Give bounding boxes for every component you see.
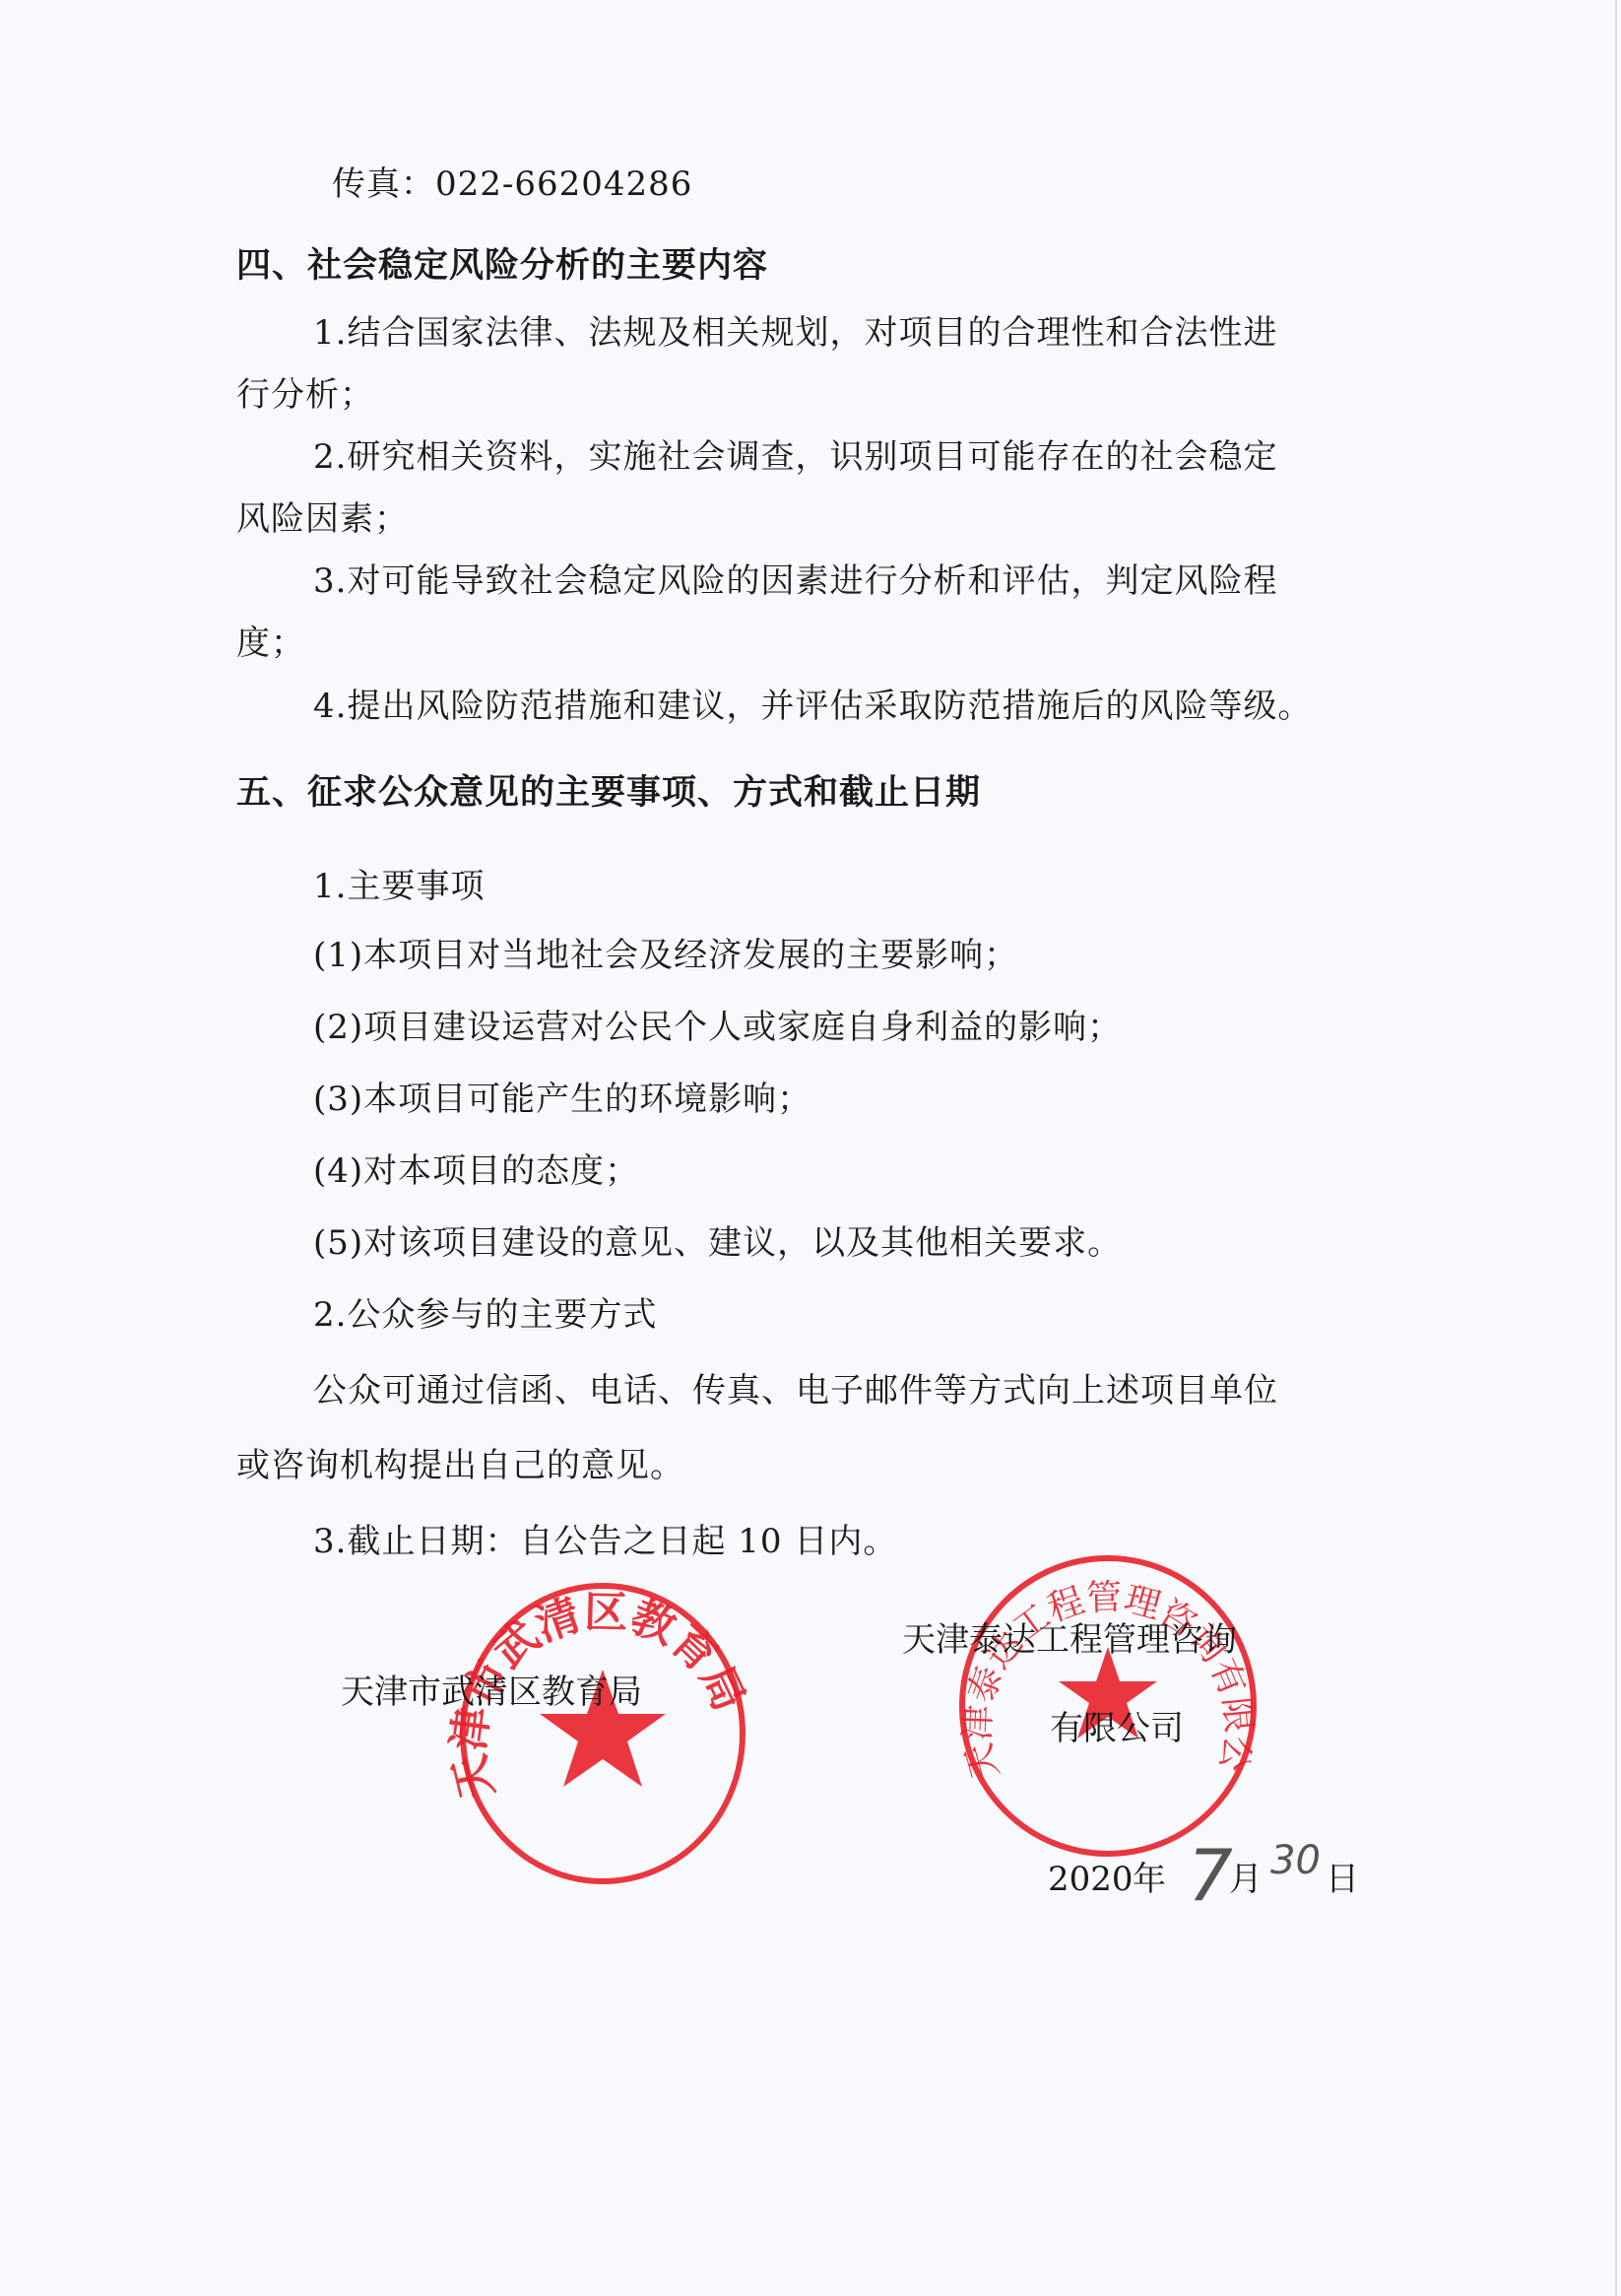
- section-5-sub-1-item-5: (5)对该项目建设的意见、建议，以及其他相关要求。: [313, 1223, 1122, 1263]
- right-official-seal-icon: 天津泰达工程管理咨询有限公司: [950, 1548, 1265, 1864]
- section-5-sub-1-item-3: (3)本项目可能产生的环境影响；: [313, 1080, 811, 1119]
- fax-line: 传真：022-66204286: [332, 164, 692, 204]
- section-4-heading: 四、社会稳定风险分析的主要内容: [236, 245, 768, 287]
- section-5-sub-1-item-4: (4)对本项目的态度；: [313, 1151, 639, 1191]
- scan-edge: [1615, 0, 1617, 2296]
- left-official-seal-icon: 天津市武清区教育局: [445, 1576, 760, 1891]
- right-signatory-line-1: 天津泰达工程管理咨询: [902, 1620, 1237, 1660]
- section-4-item-1-line-1: 1.结合国家法律、法规及相关规划，对项目的合理性和合法性进: [313, 313, 1277, 353]
- section-5-sub-2-line-1: 公众可通过信函、电话、传真、电子邮件等方式向上述项目单位: [313, 1371, 1278, 1410]
- section-5-sub-2-line-2: 或咨询机构提出自己的意见。: [236, 1446, 684, 1485]
- section-5-sub-1-item-1: (1)本项目对当地社会及经济发展的主要影响；: [313, 936, 1018, 975]
- left-signatory: 天津市武清区教育局: [341, 1673, 642, 1712]
- section-5-sub-1-item-2: (2)项目建设运营对公民个人或家庭自身利益的影响；: [313, 1008, 1122, 1047]
- section-5-sub-2-title: 2.公众参与的主要方式: [313, 1295, 657, 1335]
- section-4-item-2-line-1: 2.研究相关资料，实施社会调查，识别项目可能存在的社会稳定: [313, 437, 1277, 477]
- date-day-unit: 日: [1326, 1860, 1359, 1899]
- section-4-item-3-line-2: 度；: [236, 623, 305, 663]
- section-4-item-3-line-1: 3.对可能导致社会稳定风险的因素进行分析和评估，判定风险程: [313, 561, 1277, 601]
- section-5-sub-1-title: 1.主要事项: [313, 867, 485, 906]
- date-year: 2020: [1048, 1860, 1134, 1899]
- date-month-unit: 月: [1229, 1860, 1263, 1899]
- section-4-item-4: 4.提出风险防范措施和建议，并评估采取防范措施后的风险等级。: [313, 687, 1312, 726]
- section-5-heading: 五、征求公众意见的主要事项、方式和截止日期: [236, 772, 981, 814]
- date-year-unit: 年: [1133, 1860, 1166, 1899]
- section-4-item-1-line-2: 行分析；: [236, 375, 374, 415]
- section-4-item-2-line-2: 风险因素；: [236, 499, 409, 539]
- section-5-deadline: 3.截止日期：自公告之日起 10 日内。: [313, 1522, 897, 1561]
- document-page: 传真：022-66204286 四、社会稳定风险分析的主要内容 1.结合国家法律…: [0, 0, 1621, 2296]
- date-month-handwritten: 7: [1188, 1834, 1233, 1917]
- date-day-handwritten: 30: [1270, 1838, 1321, 1883]
- right-signatory-line-2: 有限公司: [1050, 1709, 1184, 1748]
